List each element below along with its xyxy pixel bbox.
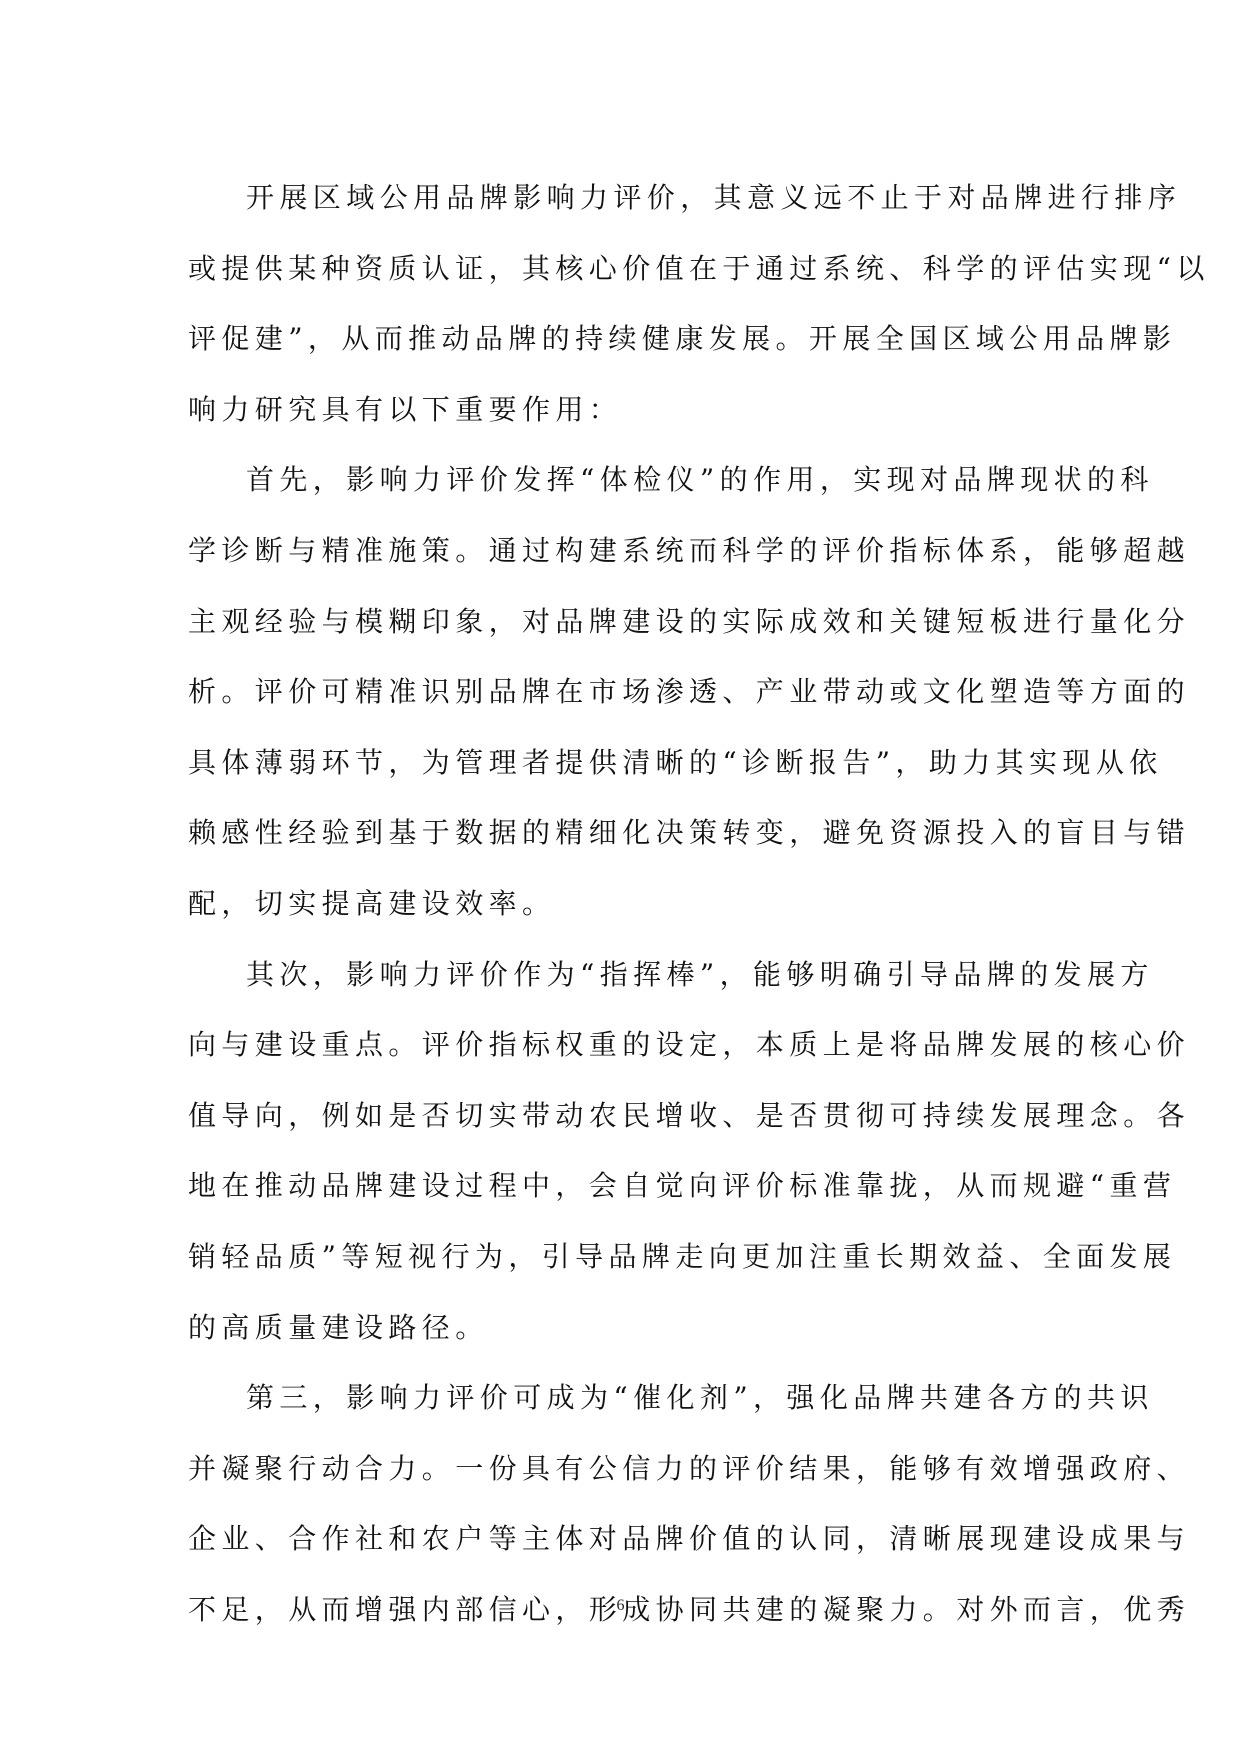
text-line: 并凝聚行动合力。一份具有公信力的评价结果，能够有效增强政府、: [188, 1434, 1058, 1505]
text-line: 响力研究具有以下重要作用：: [188, 375, 1058, 446]
text-line: 赖感性经验到基于数据的精细化决策转变，避免资源投入的盲目与错: [188, 798, 1058, 869]
text-line: 主观经验与模糊印象，对品牌建设的实际成效和关键短板进行量化分: [188, 587, 1058, 658]
text-line: 企业、合作社和农户等主体对品牌价值的认同，清晰展现建设成果与: [188, 1504, 1058, 1575]
paragraph-diagnosis: 首先，影响力评价发挥“体检仪”的作用，实现对品牌现状的科 学诊断与精准施策。通过…: [188, 445, 1058, 939]
paragraph-significance: 开展区域公用品牌影响力评价，其意义远不止于对品牌进行排序 或提供某种资质认证，其…: [188, 163, 1058, 445]
page-number: 6: [0, 1597, 1241, 1615]
text-line: 学诊断与精准施策。通过构建系统而科学的评价指标体系，能够超越: [188, 516, 1058, 587]
text-line: 具体薄弱环节，为管理者提供清晰的“诊断报告”，助力其实现从依: [188, 728, 1058, 799]
text-line: 地在推动品牌建设过程中，会自觉向评价标准靠拢，从而规避“重营: [188, 1151, 1058, 1222]
document-page: 开展区域公用品牌影响力评价，其意义远不止于对品牌进行排序 或提供某种资质认证，其…: [0, 0, 1241, 1754]
text-line: 的高质量建设路径。: [188, 1293, 1058, 1364]
text-line: 第三，影响力评价可成为“催化剂”，强化品牌共建各方的共识: [188, 1363, 1058, 1434]
text-line: 销轻品质”等短视行为，引导品牌走向更加注重长期效益、全面发展: [188, 1222, 1058, 1293]
text-line: 其次，影响力评价作为“指挥棒”，能够明确引导品牌的发展方: [188, 940, 1058, 1011]
text-line: 向与建设重点。评价指标权重的设定，本质上是将品牌发展的核心价: [188, 1010, 1058, 1081]
text-line: 或提供某种资质认证，其核心价值在于通过系统、科学的评估实现“以: [188, 234, 1058, 305]
text-line: 首先，影响力评价发挥“体检仪”的作用，实现对品牌现状的科: [188, 445, 1058, 516]
body-text: 开展区域公用品牌影响力评价，其意义远不止于对品牌进行排序 或提供某种资质认证，其…: [188, 163, 1058, 1645]
text-line: 评促建”，从而推动品牌的持续健康发展。开展全国区域公用品牌影: [188, 304, 1058, 375]
paragraph-guidance: 其次，影响力评价作为“指挥棒”，能够明确引导品牌的发展方 向与建设重点。评价指标…: [188, 940, 1058, 1364]
text-line: 值导向，例如是否切实带动农民增收、是否贯彻可持续发展理念。各: [188, 1081, 1058, 1152]
text-line: 开展区域公用品牌影响力评价，其意义远不止于对品牌进行排序: [188, 163, 1058, 234]
text-line: 析。评价可精准识别品牌在市场渗透、产业带动或文化塑造等方面的: [188, 657, 1058, 728]
text-line: 配，切实提高建设效率。: [188, 869, 1058, 940]
